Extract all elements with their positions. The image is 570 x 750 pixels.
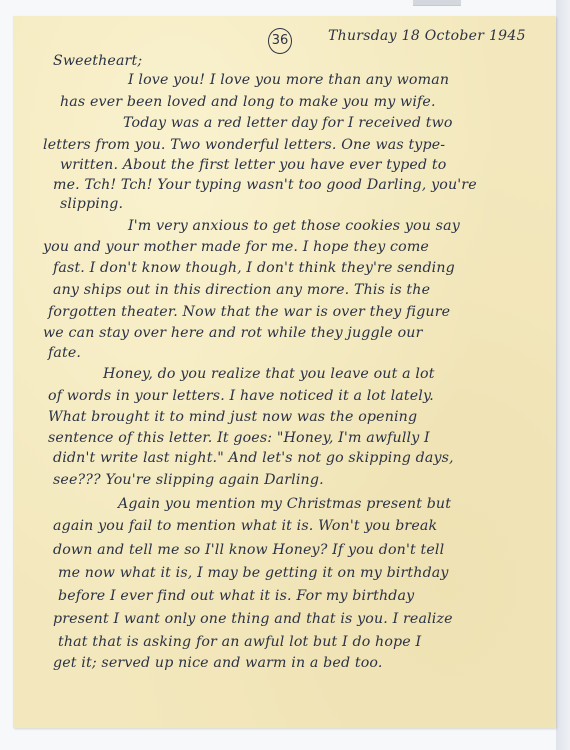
letter-line: forgotten theater. Now that the war is o… [48,304,450,320]
scanner-mount-tab [413,0,461,6]
scanner-backing-strip [556,0,570,750]
letter-line: before I ever find out what it is. For m… [58,588,414,604]
letter-line: Honey, do you realize that you leave out… [103,366,435,382]
letter-line: again you fail to mention what it is. Wo… [53,518,437,534]
letter-line: slipping. [60,196,123,212]
letter-line: Today was a red letter day for I receive… [123,115,453,131]
letter-line: that that is asking for an awful lot but… [58,634,421,650]
page-number-circle: 36 [268,28,292,54]
letter-line: fast. I don't know though, I don't think… [53,260,455,276]
letter-line: down and tell me so I'll know Honey? If … [53,542,444,558]
letter-line: I love you! I love you more than any wom… [128,72,449,88]
letter-line: see??? You're slipping again Darling. [53,472,324,488]
letter-line: any ships out in this direction any more… [53,282,430,298]
letter-line: I'm very anxious to get those cookies yo… [128,218,460,234]
letter-line: me. Tch! Tch! Your typing wasn't too goo… [53,177,477,193]
letter-line: letters from you. Two wonderful letters.… [43,137,445,153]
letter-line: you and your mother made for me. I hope … [43,239,429,255]
letter-line: fate. [48,345,81,361]
letter-line: me now what it is, I may be getting it o… [58,565,449,581]
letter-line: present I want only one thing and that i… [53,611,453,627]
letter-line: get it; served up nice and warm in a bed… [53,655,383,671]
letter-line: What brought it to mind just now was the… [48,409,417,425]
letter-date: Thursday 18 October 1945 [328,28,526,44]
scanned-document: 36 Thursday 18 October 1945 Sweetheart; … [0,0,570,750]
letter-line: we can stay over here and rot while they… [43,325,423,341]
letter-page: 36 Thursday 18 October 1945 Sweetheart; … [13,16,556,728]
letter-line: didn't write last night." And let's not … [53,450,454,466]
letter-line: written. About the first letter you have… [60,157,446,173]
letter-line: Again you mention my Christmas present b… [118,496,451,512]
salutation: Sweetheart; [53,53,142,69]
letter-line: of words in your letters. I have noticed… [48,388,434,404]
letter-line: has ever been loved and long to make you… [60,94,436,110]
letter-line: sentence of this letter. It goes: "Honey… [48,430,430,446]
